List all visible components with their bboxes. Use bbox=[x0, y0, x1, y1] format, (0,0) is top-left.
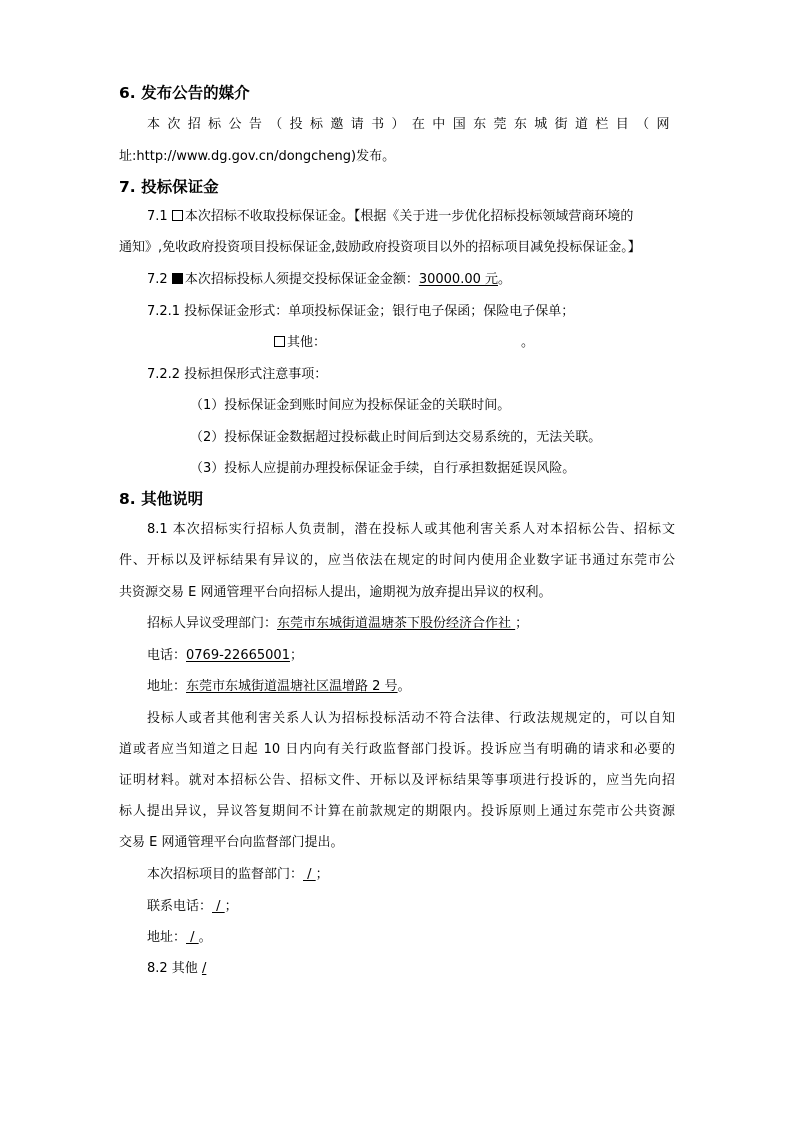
note-1: （1）投标保证金到账时间应为投标保证金的关联时间。 bbox=[190, 397, 510, 415]
objection-dept-end: ； bbox=[515, 616, 528, 631]
note-2: （2）投标保证金数据超过投标截止时间后到达交易系统的，无法关联。 bbox=[190, 429, 601, 447]
section-6-paragraph-line-2: 址:http://www.dg.gov.cn/dongcheng)发布。 bbox=[119, 148, 395, 166]
address-label: 地址： bbox=[147, 679, 186, 694]
contact-label: 联系电话： bbox=[147, 899, 212, 914]
complaint-line-3: 证明材料。就对本招标公告、招标文件、开标以及评标结果等事项进行投诉的，应当先向招 bbox=[119, 772, 675, 790]
item-7-1-text: 本次招标不收取投标保证金。【根据《关于进一步优化招标投标领域营商环境的 bbox=[185, 209, 634, 224]
item-7-2-2-heading: 7.2.2 投标担保形式注意事项： bbox=[147, 366, 327, 384]
document-page: 6. 发布公告的媒介 本次招标公告（投标邀请书）在中国东莞东城街道栏目（网 址:… bbox=[0, 0, 794, 1123]
section-7-heading: 7. 投标保证金 bbox=[119, 178, 219, 196]
item-7-2: 7.2 本次招标投标人须提交投标保证金金额：30000.00 元。 bbox=[147, 271, 511, 289]
item-7-1: 7.1 本次招标不收取投标保证金。【根据《关于进一步优化招标投标领域营商环境的 bbox=[147, 208, 633, 226]
sup-address-end: 。 bbox=[199, 930, 212, 945]
other-form-label: 其他： bbox=[287, 335, 326, 350]
sup-address-row: 地址： / 。 bbox=[147, 929, 212, 947]
p82-row: 8.2 其他 / bbox=[147, 960, 206, 978]
address-value: 东莞市东城街道温塘社区温增路 2 号 bbox=[186, 679, 398, 694]
p81-line-1: 8.1 本次招标实行招标人负责制，潜在投标人或其他利害关系人对本招标公告、招标文 bbox=[147, 521, 675, 539]
complaint-line-4: 标人提出异议，异议答复期间不计算在前款规定的期限内。投诉原则上通过东莞市公共资源 bbox=[119, 803, 675, 821]
sup-address-label: 地址： bbox=[147, 930, 186, 945]
contact-end: ； bbox=[225, 899, 238, 914]
objection-dept-row: 招标人异议受理部门：东莞市东城街道温塘茶下股份经济合作社 ； bbox=[147, 615, 528, 633]
supervisor-row: 本次招标项目的监督部门： / ； bbox=[147, 866, 329, 884]
supervisor-label: 本次招标项目的监督部门： bbox=[147, 867, 303, 882]
p81-line-3: 共资源交易 E 网通管理平台向招标人提出，逾期视为放弃提出异议的权利。 bbox=[119, 584, 551, 602]
contact-value: / bbox=[212, 899, 225, 914]
phone-end: ； bbox=[290, 648, 303, 663]
section-6-heading: 6. 发布公告的媒介 bbox=[119, 84, 250, 102]
note-3: （3）投标人应提前办理投标保证金手续，自行承担数据延误风险。 bbox=[190, 460, 575, 478]
phone-value: 0769-22665001 bbox=[186, 648, 290, 663]
item-7-2-text: 本次招标投标人须提交投标保证金金额： bbox=[185, 272, 419, 287]
supervisor-value: / bbox=[303, 867, 316, 882]
other-form-end: 。 bbox=[521, 334, 534, 352]
item-7-2-1: 7.2.1 投标保证金形式：单项投标保证金；银行电子保函；保险电子保单； bbox=[147, 303, 574, 321]
contact-row: 联系电话： / ； bbox=[147, 898, 238, 916]
item-7-1-line-2: 通知》,免收政府投资项目投标保证金,鼓励政府投资项目以外的招标项目减免投标保证金… bbox=[119, 239, 641, 257]
item-7-2-number: 7.2 bbox=[147, 272, 168, 287]
address-end: 。 bbox=[398, 679, 411, 694]
objection-dept-label: 招标人异议受理部门： bbox=[147, 616, 277, 631]
deposit-amount: 30000.00 元 bbox=[419, 272, 498, 287]
sup-address-value: / bbox=[186, 930, 199, 945]
address-row: 地址：东莞市东城街道温塘社区温增路 2 号。 bbox=[147, 678, 411, 696]
section-8-heading: 8. 其他说明 bbox=[119, 490, 203, 508]
no-deposit-checkbox[interactable] bbox=[172, 210, 183, 221]
section-6-paragraph-line-1: 本次招标公告（投标邀请书）在中国东莞东城街道栏目（网 bbox=[147, 116, 675, 134]
p81-line-2: 件、开标以及评标结果有异议的，应当依法在规定的时间内使用企业数字证书通过东莞市公 bbox=[119, 552, 675, 570]
other-form-checkbox[interactable] bbox=[274, 336, 285, 347]
complaint-line-1: 投标人或者其他利害关系人认为招标投标活动不符合法律、行政法规规定的，可以自知 bbox=[147, 710, 675, 728]
item-7-2-end: 。 bbox=[498, 272, 511, 287]
item-7-1-number: 7.1 bbox=[147, 209, 168, 224]
other-form-row: 其他： bbox=[274, 334, 326, 352]
phone-row: 电话：0769-22665001； bbox=[147, 647, 303, 665]
p82-value: / bbox=[202, 961, 206, 976]
phone-label: 电话： bbox=[147, 648, 186, 663]
deposit-required-checkbox[interactable] bbox=[172, 273, 183, 284]
p82-label: 8.2 其他 bbox=[147, 961, 202, 976]
supervisor-end: ； bbox=[316, 867, 329, 882]
objection-dept-value: 东莞市东城街道温塘茶下股份经济合作社 bbox=[277, 616, 515, 631]
complaint-line-5: 交易 E 网通管理平台向监督部门提出。 bbox=[119, 834, 343, 852]
complaint-line-2: 道或者应当知道之日起 10 日内向有关行政监督部门投诉。投诉应当有明确的请求和必… bbox=[119, 741, 675, 759]
